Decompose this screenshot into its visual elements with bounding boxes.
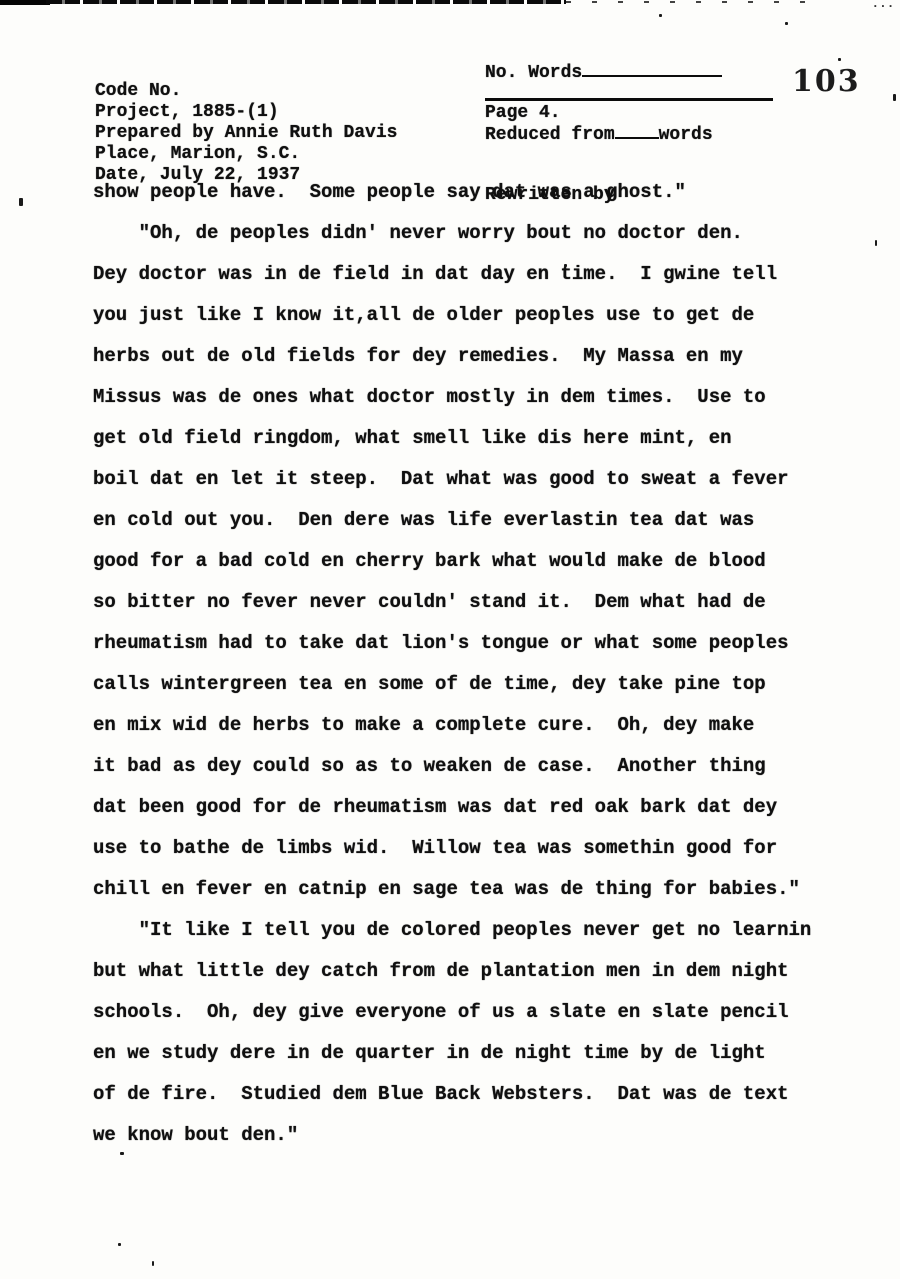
ink-speck — [152, 1261, 154, 1266]
scan-corner-artifact: ··· ⁚⁚¬ — [872, 2, 900, 12]
body-line: "It like I tell you de colored peoples n… — [93, 910, 883, 951]
body-line: boil dat en let it steep. Dat what was g… — [93, 459, 883, 500]
no-words-blank-line — [582, 61, 722, 77]
body-line: but what little dey catch from de planta… — [93, 951, 883, 992]
body-line: herbs out de old fields for dey remedies… — [93, 336, 883, 377]
ink-speck — [838, 58, 841, 61]
body-line: calls wintergreen tea en some of de time… — [93, 664, 883, 705]
body-line: you just like I know it,all de older peo… — [93, 295, 883, 336]
ink-speck — [893, 94, 896, 101]
body-line: of de fire. Studied dem Blue Back Webste… — [93, 1074, 883, 1115]
scan-border-artifact — [46, 0, 566, 4]
ink-speck — [118, 1243, 121, 1246]
ink-speck — [785, 22, 788, 25]
header-left-line: Place, Marion, S.C. — [95, 144, 397, 165]
body-line: en cold out you. Den dere was life everl… — [93, 500, 883, 541]
page-number-label: Page 4. — [485, 103, 561, 123]
page-stamp-number: 103 — [792, 64, 861, 99]
body-line: use to bathe de limbs wid. Willow tea wa… — [93, 828, 883, 869]
scan-border-artifact — [0, 0, 50, 5]
no-words-row: No. Words — [485, 61, 722, 82]
reduced-from-blank-line — [615, 123, 659, 139]
body-line: get old field ringdom, what smell like d… — [93, 418, 883, 459]
body-line: we know bout den." — [93, 1115, 883, 1156]
body-line: en mix wid de herbs to make a complete c… — [93, 705, 883, 746]
scan-border-artifact — [566, 1, 816, 3]
body-line: Missus was de ones what doctor mostly in… — [93, 377, 883, 418]
body-line: show people have. Some people say dat wa… — [93, 172, 883, 213]
body-line: Dey doctor was in de field in dat day en… — [93, 254, 883, 295]
ink-speck — [19, 198, 23, 206]
header-left-line: Project, 1885-(1) — [95, 102, 397, 123]
no-words-label: No. Words — [485, 63, 582, 83]
header-divider-rule — [485, 98, 773, 101]
reduced-from-label: Reduced from — [485, 125, 615, 145]
header-left-line: Prepared by Annie Ruth Davis — [95, 123, 397, 144]
body-line: rheumatism had to take dat lion's tongue… — [93, 623, 883, 664]
body-line: chill en fever en catnip en sage tea was… — [93, 869, 883, 910]
body-line: en we study dere in de quarter in de nig… — [93, 1033, 883, 1074]
reduced-from-words-label: words — [659, 125, 713, 145]
ink-speck — [659, 14, 662, 17]
body-line: dat been good for de rheumatism was dat … — [93, 787, 883, 828]
body-line: good for a bad cold en cherry bark what … — [93, 541, 883, 582]
header-left-block: Code No.Project, 1885-(1)Prepared by Ann… — [95, 19, 397, 185]
body-line: schools. Oh, dey give everyone of us a s… — [93, 992, 883, 1033]
document-body: show people have. Some people say dat wa… — [93, 172, 883, 1156]
reduced-from-row: Reduced fromwords — [485, 123, 722, 144]
body-line: so bitter no fever never couldn' stand i… — [93, 582, 883, 623]
body-line: it bad as dey could so as to weaken de c… — [93, 746, 883, 787]
header-left-line: Code No. — [95, 81, 397, 102]
body-line: "Oh, de peoples didn' never worry bout n… — [93, 213, 883, 254]
scanned-document-page: ··· ⁚⁚¬ Code No.Project, 1885-(1)Prepare… — [0, 0, 900, 1279]
